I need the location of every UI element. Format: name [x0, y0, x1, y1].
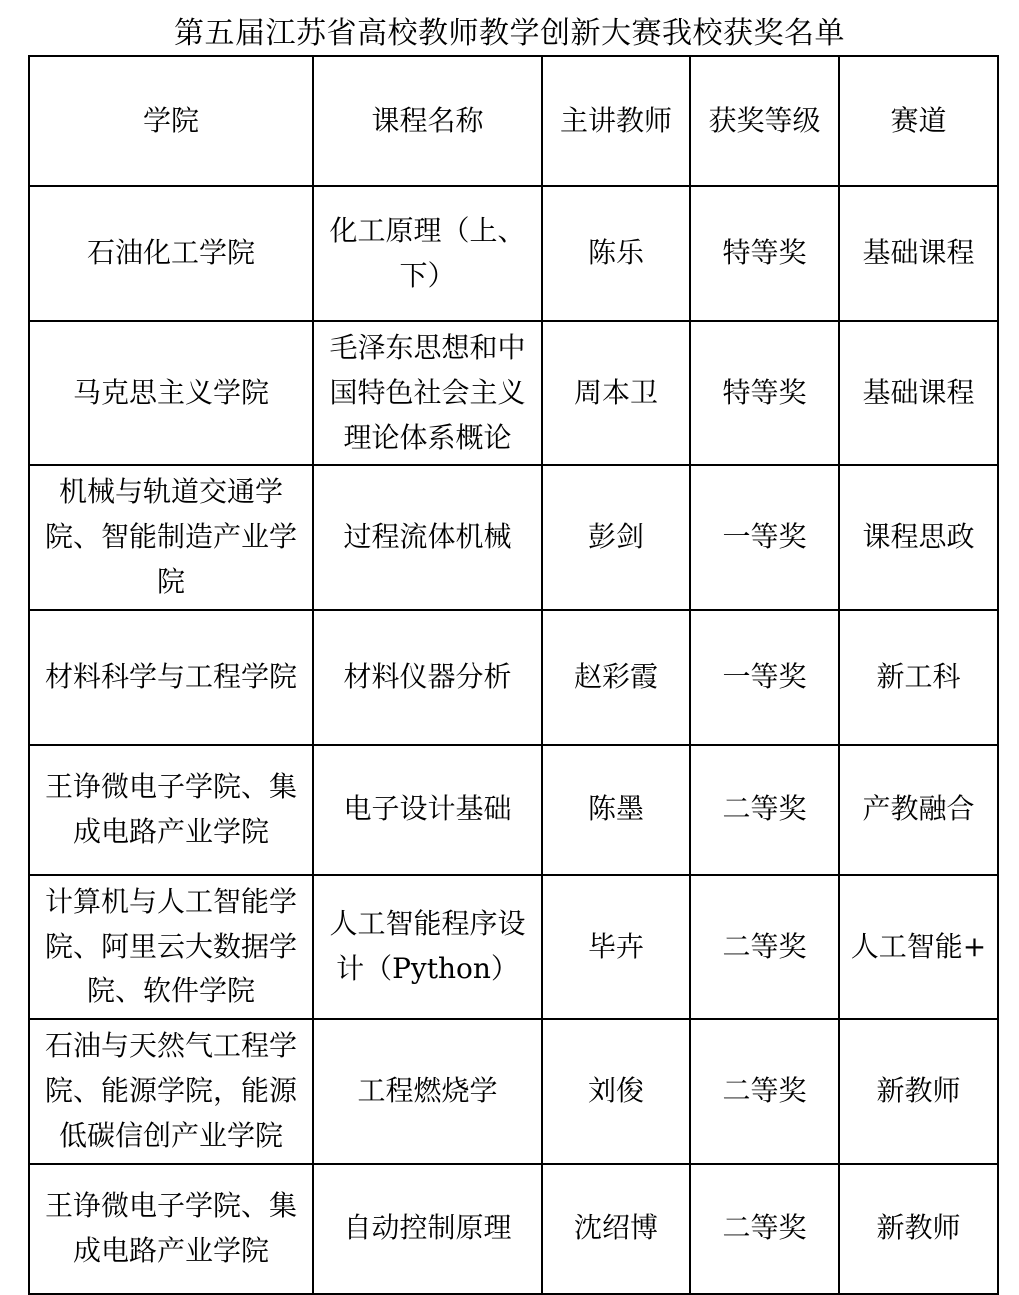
- cell-track: 新工科: [839, 610, 998, 745]
- cell-course: 自动控制原理: [313, 1164, 542, 1294]
- header-track: 赛道: [839, 56, 998, 186]
- table-row: 马克思主义学院 毛泽东思想和中国特色社会主义理论体系概论 周本卫 特等奖 基础课…: [29, 321, 998, 465]
- cell-college: 王诤微电子学院、集成电路产业学院: [29, 745, 313, 875]
- table-row: 机械与轨道交通学院、智能制造产业学院 过程流体机械 彭剑 一等奖 课程思政: [29, 465, 998, 609]
- cell-award: 二等奖: [690, 1019, 839, 1163]
- header-teacher: 主讲教师: [542, 56, 690, 186]
- cell-track: 课程思政: [839, 465, 998, 609]
- cell-track: 基础课程: [839, 321, 998, 465]
- cell-teacher: 周本卫: [542, 321, 690, 465]
- cell-college: 马克思主义学院: [29, 321, 313, 465]
- cell-course: 电子设计基础: [313, 745, 542, 875]
- cell-college: 计算机与人工智能学院、阿里云大数据学院、软件学院: [29, 875, 313, 1019]
- table-row: 计算机与人工智能学院、阿里云大数据学院、软件学院 人工智能程序设计（Python…: [29, 875, 998, 1019]
- cell-award: 特等奖: [690, 321, 839, 465]
- cell-award: 一等奖: [690, 465, 839, 609]
- cell-college: 材料科学与工程学院: [29, 610, 313, 745]
- header-course: 课程名称: [313, 56, 542, 186]
- cell-track: 新教师: [839, 1019, 998, 1163]
- cell-course: 化工原理（上、下）: [313, 186, 542, 321]
- cell-track: 新教师: [839, 1164, 998, 1294]
- table-row: 石油与天然气工程学院、能源学院，能源低碳信创产业学院 工程燃烧学 刘俊 二等奖 …: [29, 1019, 998, 1163]
- cell-track: 人工智能+: [839, 875, 998, 1019]
- cell-teacher: 刘俊: [542, 1019, 690, 1163]
- cell-track: 产教融合: [839, 745, 998, 875]
- cell-course: 过程流体机械: [313, 465, 542, 609]
- header-award: 获奖等级: [690, 56, 839, 186]
- cell-teacher: 赵彩霞: [542, 610, 690, 745]
- award-table: 学院 课程名称 主讲教师 获奖等级 赛道 石油化工学院 化工原理（上、下） 陈乐…: [28, 55, 999, 1295]
- cell-award: 二等奖: [690, 875, 839, 1019]
- table-row: 王诤微电子学院、集成电路产业学院 电子设计基础 陈墨 二等奖 产教融合: [29, 745, 998, 875]
- cell-college: 石油化工学院: [29, 186, 313, 321]
- table-row: 王诤微电子学院、集成电路产业学院 自动控制原理 沈绍博 二等奖 新教师: [29, 1164, 998, 1294]
- table-row: 石油化工学院 化工原理（上、下） 陈乐 特等奖 基础课程: [29, 186, 998, 321]
- cell-teacher: 沈绍博: [542, 1164, 690, 1294]
- cell-award: 特等奖: [690, 186, 839, 321]
- cell-course: 毛泽东思想和中国特色社会主义理论体系概论: [313, 321, 542, 465]
- cell-teacher: 陈乐: [542, 186, 690, 321]
- cell-course: 材料仪器分析: [313, 610, 542, 745]
- cell-teacher: 陈墨: [542, 745, 690, 875]
- table-header-row: 学院 课程名称 主讲教师 获奖等级 赛道: [29, 56, 998, 186]
- cell-teacher: 彭剑: [542, 465, 690, 609]
- cell-course: 人工智能程序设计（Python）: [313, 875, 542, 1019]
- table-row: 材料科学与工程学院 材料仪器分析 赵彩霞 一等奖 新工科: [29, 610, 998, 745]
- cell-teacher: 毕卉: [542, 875, 690, 1019]
- cell-college: 王诤微电子学院、集成电路产业学院: [29, 1164, 313, 1294]
- cell-award: 一等奖: [690, 610, 839, 745]
- document-title: 第五届江苏省高校教师教学创新大赛我校获奖名单: [0, 16, 1019, 52]
- cell-college: 机械与轨道交通学院、智能制造产业学院: [29, 465, 313, 609]
- cell-award: 二等奖: [690, 745, 839, 875]
- cell-course: 工程燃烧学: [313, 1019, 542, 1163]
- header-college: 学院: [29, 56, 313, 186]
- cell-track: 基础课程: [839, 186, 998, 321]
- cell-award: 二等奖: [690, 1164, 839, 1294]
- cell-college: 石油与天然气工程学院、能源学院，能源低碳信创产业学院: [29, 1019, 313, 1163]
